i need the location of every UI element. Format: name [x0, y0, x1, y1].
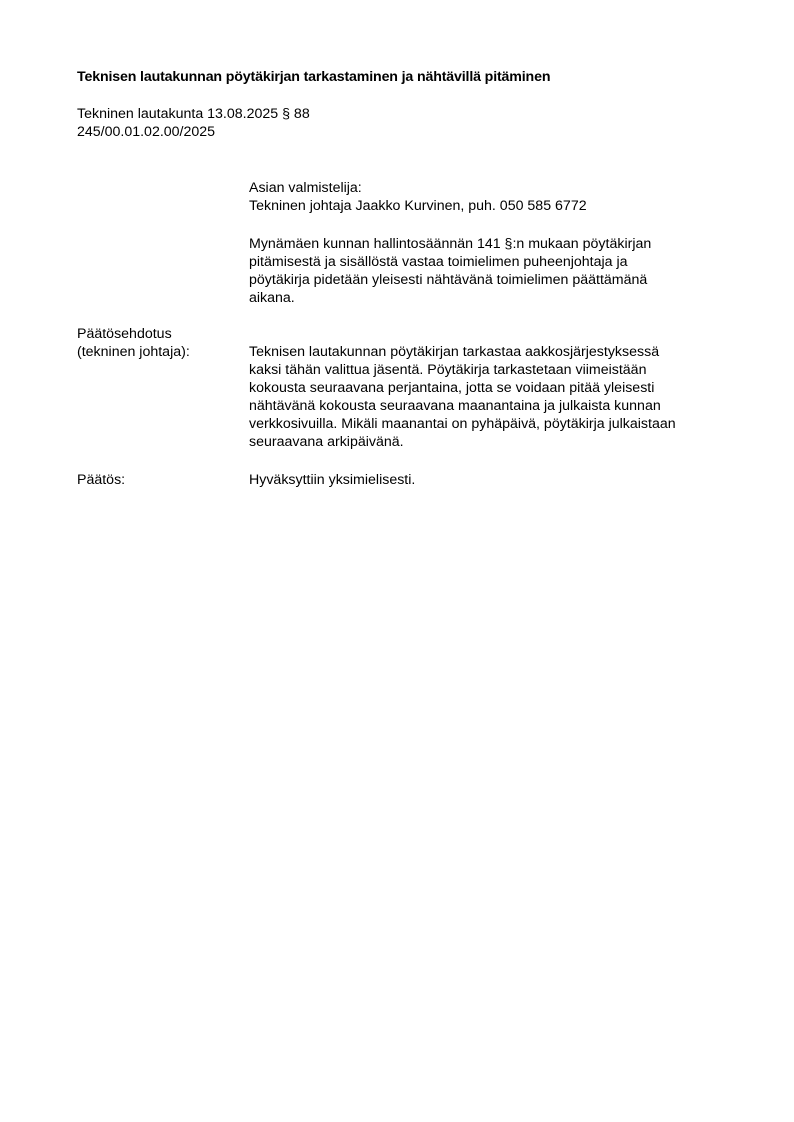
preparer-heading: Asian valmistelija: [249, 179, 739, 197]
proposal-label-line: (tekninen johtaja): [77, 343, 247, 361]
background-line: pöytäkirja pidetään yleisesti nähtävänä … [249, 271, 739, 289]
proposal-line: verkkosivuilla. Mikäli maanantai on pyhä… [249, 415, 739, 433]
background-line: Mynämäen kunnan hallintosäännän 141 §:n … [249, 235, 739, 253]
document-page: Teknisen lautakunnan pöytäkirjan tarkast… [0, 0, 794, 1122]
record-number: 245/00.01.02.00/2025 [77, 123, 310, 141]
proposal-label: Päätösehdotus (tekninen johtaja): [77, 325, 247, 361]
decision-text: Hyväksyttiin yksimielisesti. [249, 471, 739, 489]
document-title: Teknisen lautakunnan pöytäkirjan tarkast… [77, 68, 550, 86]
background-line: aikana. [249, 289, 739, 307]
proposal-line: Teknisen lautakunnan pöytäkirjan tarkast… [249, 343, 739, 361]
decision-label: Päätös: [77, 471, 247, 489]
preparer-person: Tekninen johtaja Jaakko Kurvinen, puh. 0… [249, 197, 739, 215]
meeting-line: Tekninen lautakunta 13.08.2025 § 88 [77, 105, 310, 123]
proposal-label-line: Päätösehdotus [77, 325, 247, 343]
proposal-line: kaksi tähän valittua jäsentä. Pöytäkirja… [249, 361, 739, 379]
proposal-line: seuraavana arkipäivänä. [249, 433, 739, 451]
background-line: pitämisestä ja sisällöstä vastaa toimiel… [249, 253, 739, 271]
meeting-info: Tekninen lautakunta 13.08.2025 § 88 245/… [77, 105, 310, 141]
proposal-line: kokousta seuraavana perjantaina, jotta s… [249, 379, 739, 397]
proposal-line: nähtävänä kokousta seuraavana maanantain… [249, 397, 739, 415]
